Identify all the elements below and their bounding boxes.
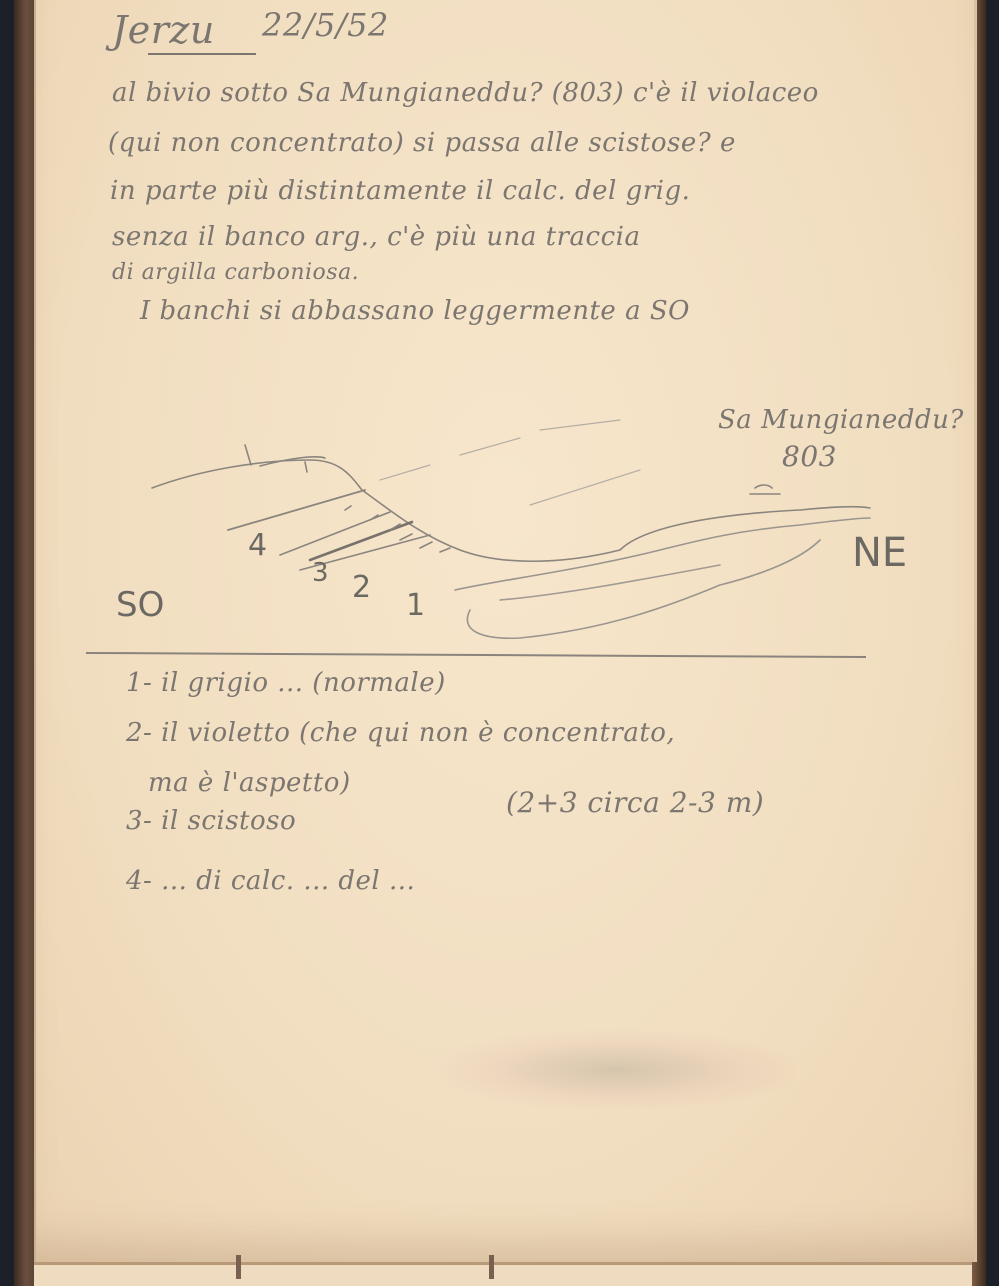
- layer-4-label: 4: [248, 528, 267, 563]
- note-line: I banchi si abbassano leggermente a SO: [140, 296, 690, 326]
- legend-item-2-continued: ma è l'aspetto): [148, 768, 351, 798]
- orientation-ne: NE: [852, 530, 907, 576]
- note-line: senza il banco arg., c'è più una traccia: [112, 222, 640, 252]
- binding-stitch: [489, 1255, 494, 1279]
- binding-stitch: [236, 1255, 241, 1279]
- note-line: in parte più distintamente il calc. del …: [110, 176, 690, 206]
- legend-item-1: 1- il grigio ... (normale): [126, 668, 446, 698]
- geological-cross-section-sketch: [100, 400, 950, 660]
- peak-elevation: 803: [782, 440, 837, 473]
- layer-2-label: 2: [352, 570, 371, 605]
- peak-label: Sa Mungianeddu?: [718, 405, 964, 435]
- header-date: 22/5/52: [262, 6, 389, 44]
- note-line: al bivio sotto Sa Mungianeddu? (803) c'è…: [112, 78, 819, 108]
- note-line: di argilla carboniosa.: [112, 260, 359, 285]
- header-place: Jerzu: [112, 8, 215, 52]
- orientation-so: SO: [116, 585, 164, 625]
- legend-thickness-note: (2+3 circa 2-3 m): [506, 786, 764, 819]
- legend-item-2: 2- il violetto (che qui non è concentrat…: [126, 718, 675, 748]
- note-line: (qui non concentrato) si passa alle scis…: [108, 128, 736, 158]
- graphite-smudge: [436, 1030, 796, 1110]
- layer-1-label: 1: [406, 588, 425, 623]
- legend-item-4: 4- ... di calc. ... del ...: [126, 866, 415, 896]
- legend-item-3: 3- il scistoso: [126, 806, 296, 836]
- next-page-edge: [34, 1262, 972, 1286]
- layer-3-label: 3: [312, 558, 329, 588]
- header-underline: [148, 53, 256, 55]
